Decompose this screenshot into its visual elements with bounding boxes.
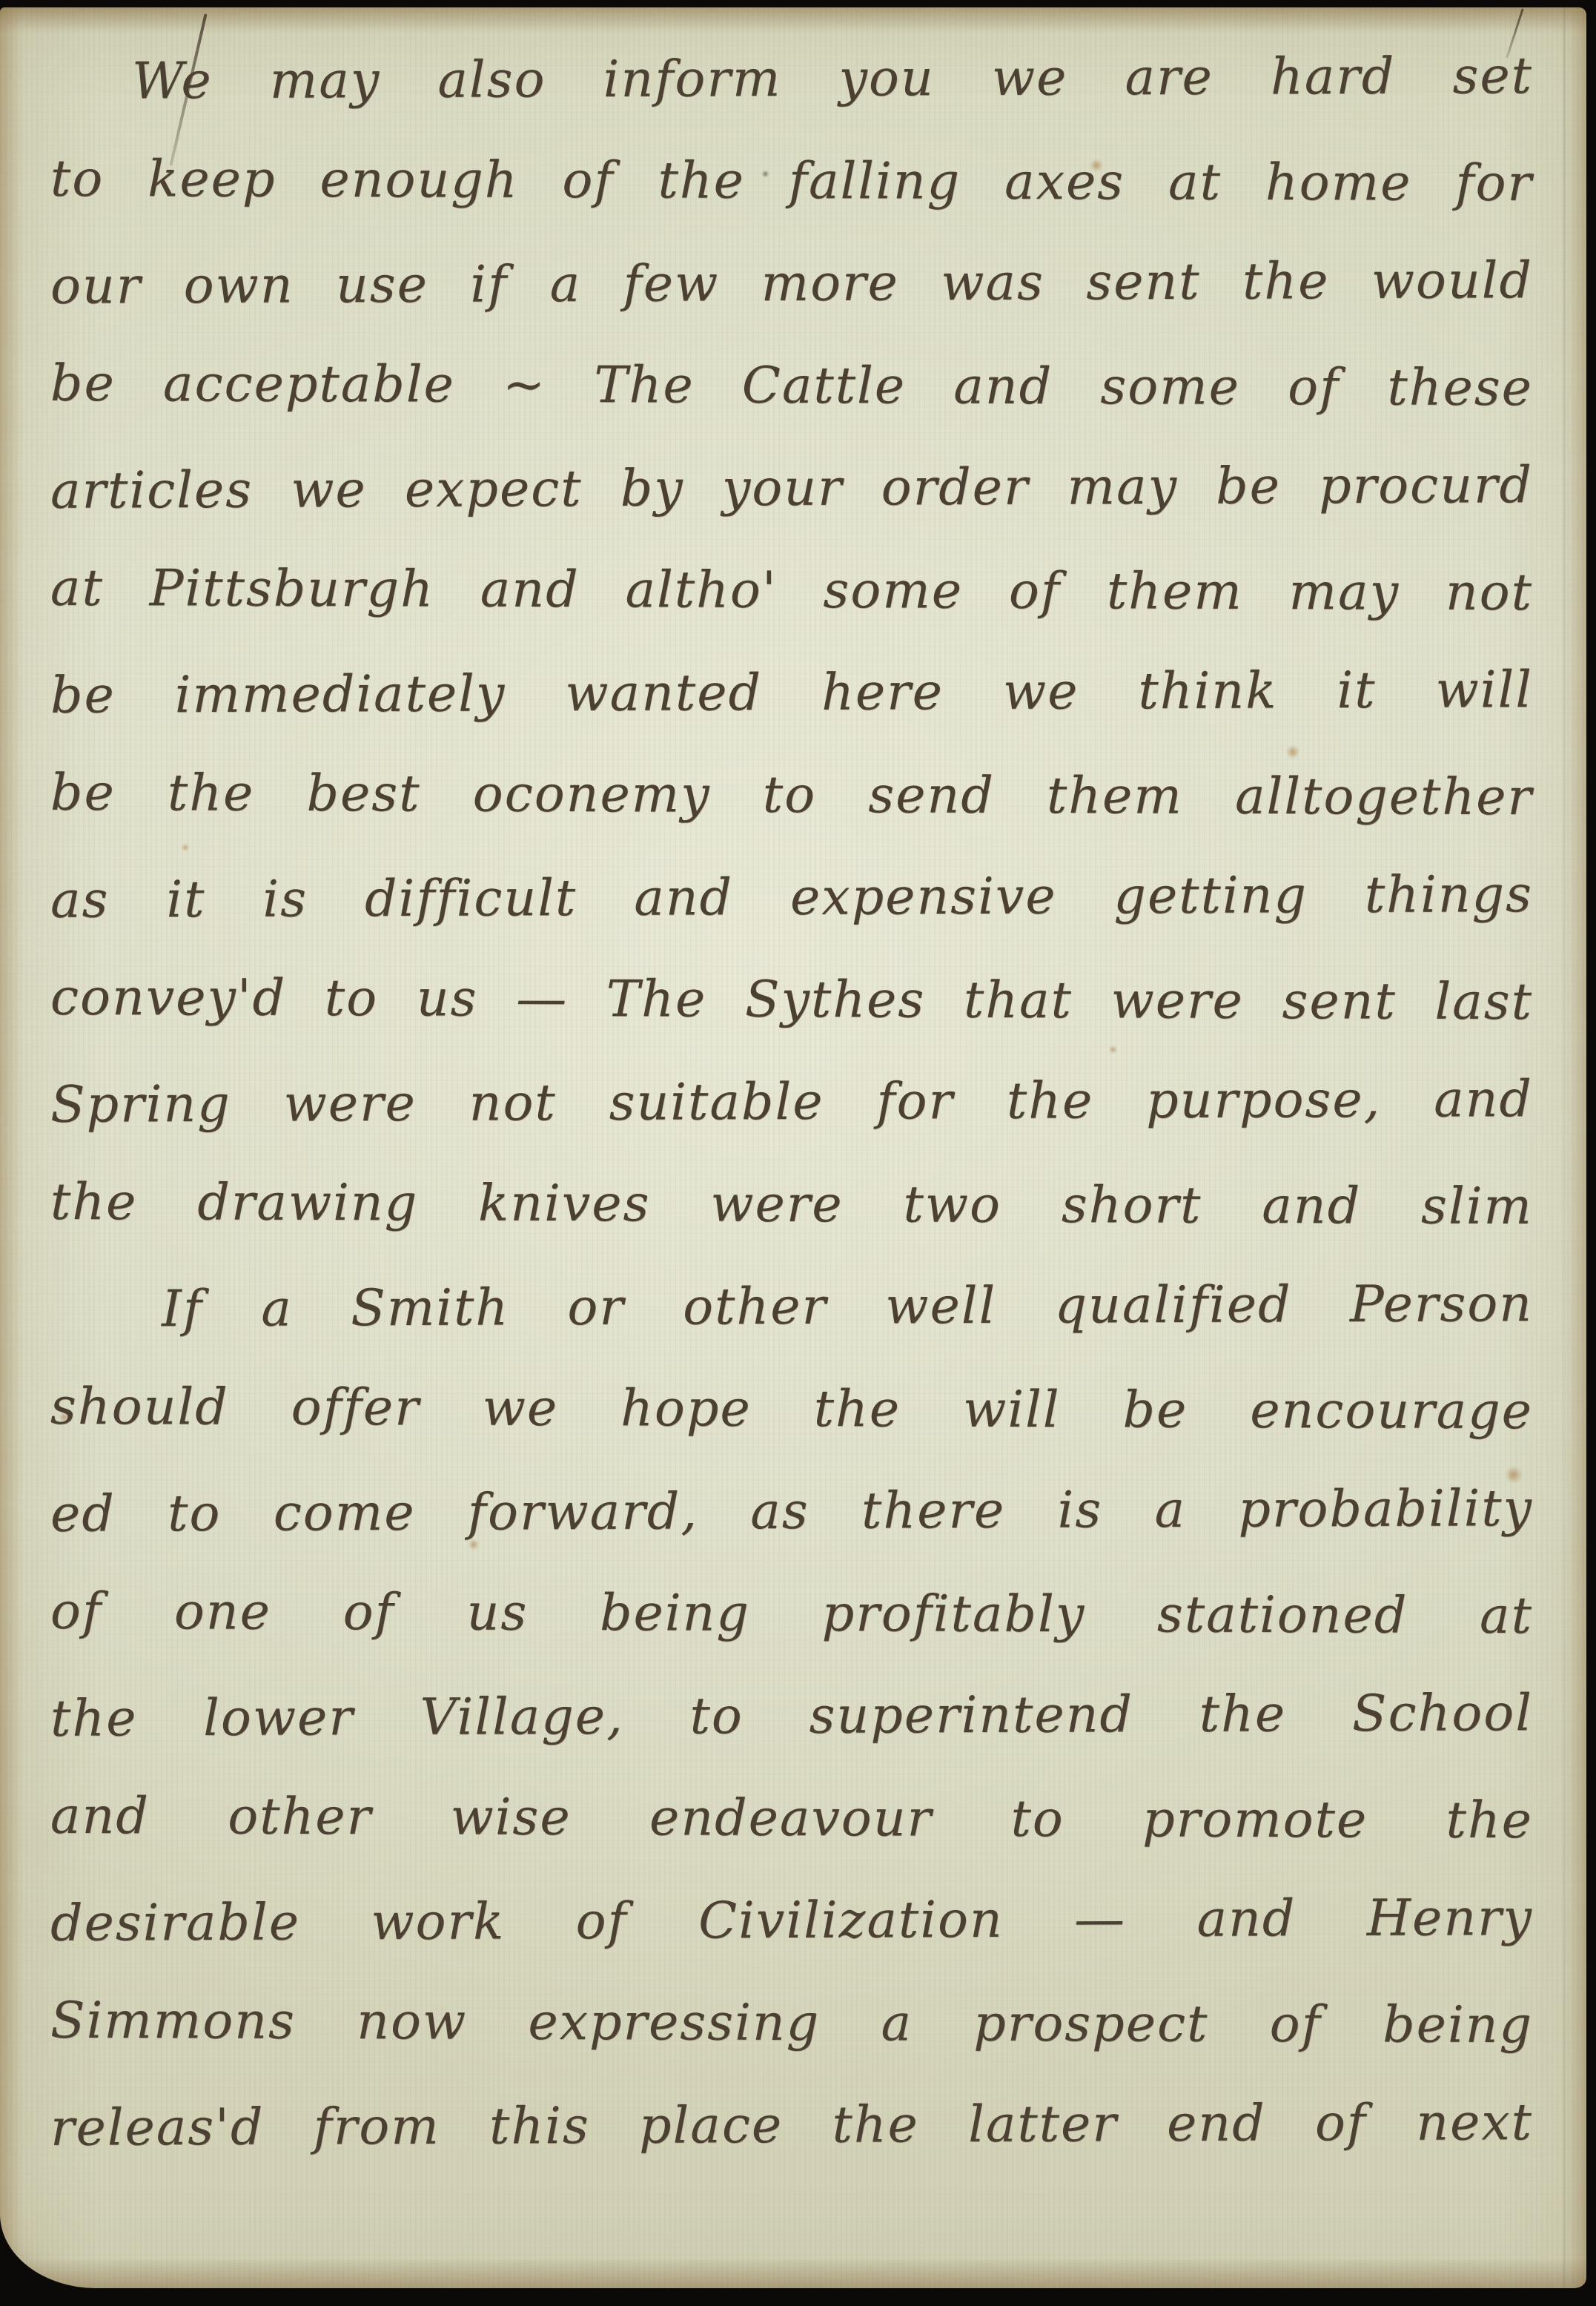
manuscript-line-14: should offer we hope the will be encoura…: [50, 1356, 1533, 1463]
page-crease: [1563, 7, 1566, 2288]
manuscript-line-6: at Pittsburgh and altho' some of them ma…: [50, 538, 1533, 644]
manuscript-line-10: convey'd to us — The Sythes that were se…: [50, 947, 1533, 1054]
manuscript-page: We may also inform you we are hard set t…: [0, 7, 1586, 2288]
manuscript-line-13: If a Smith or other well qualified Perso…: [50, 1253, 1534, 1361]
manuscript-line-3: our own use if a few more was sent the w…: [50, 230, 1534, 338]
manuscript-line-11: Spring were not suitable for the purpose…: [50, 1048, 1534, 1157]
manuscript-line-7: be immediately wanted here we think it w…: [50, 639, 1534, 747]
manuscript-line-8: be the best oconemy to send them alltoge…: [50, 742, 1533, 849]
manuscript-line-1: We may also inform you we are hard set: [50, 25, 1534, 133]
manuscript-line-20: Simmons now expressing a prospect of bei…: [50, 1970, 1533, 2077]
manuscript-line-2: to keep enough of the falling axes at ho…: [50, 128, 1533, 235]
manuscript-line-17: the lower Village, to superintend the Sc…: [50, 1662, 1534, 1771]
manuscript-line-4: be acceptable ~ The Cattle and some of t…: [50, 333, 1533, 440]
manuscript-line-9: as it is difficult and expensive getting…: [50, 844, 1534, 952]
scan-backdrop: We may also inform you we are hard set t…: [0, 0, 1596, 2306]
manuscript-line-18: and other wise endeavour to promote the: [50, 1765, 1533, 1872]
manuscript-line-12: the drawing knives were two short and sl…: [50, 1152, 1533, 1258]
manuscript-line-21: releas'd from this place the latter end …: [50, 2072, 1534, 2180]
manuscript-text: We may also inform you we are hard set t…: [50, 28, 1533, 2177]
manuscript-line-16: of one of us being profitably stationed …: [50, 1561, 1533, 1668]
manuscript-line-19: desirable work of Civilization — and Hen…: [50, 1867, 1534, 1975]
manuscript-line-5: articles we expect by your order may be …: [50, 435, 1534, 543]
manuscript-line-15: ed to come forward, as there is a probab…: [50, 1458, 1534, 1566]
